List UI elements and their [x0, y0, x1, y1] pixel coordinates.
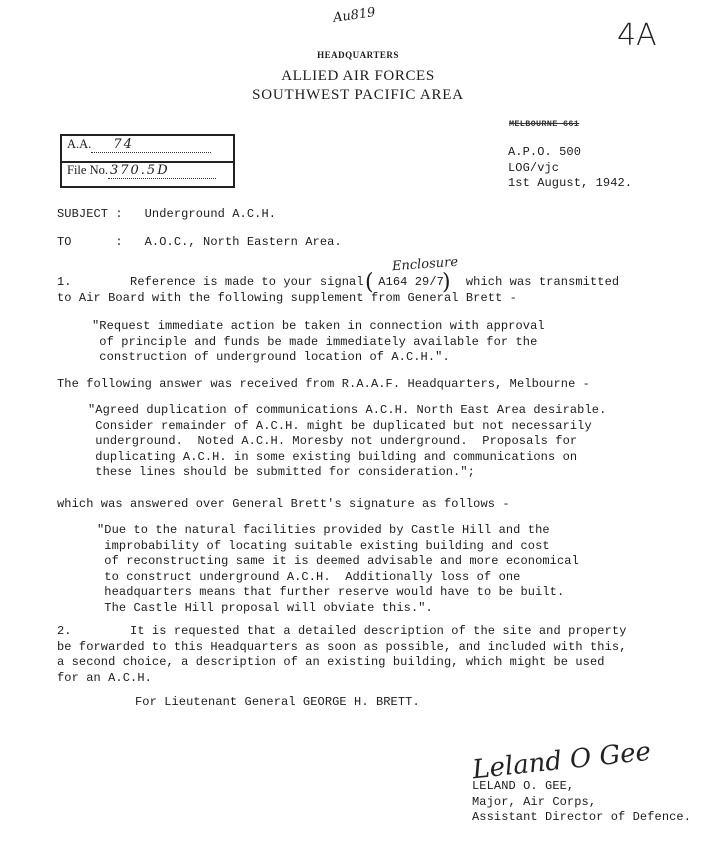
- aa-value: 74: [113, 137, 134, 152]
- struck-location: MELBOURNE 661: [509, 119, 579, 129]
- aa-label: A.A.: [67, 137, 91, 151]
- handwritten-reference-number: Au819: [332, 5, 376, 26]
- handwritten-signature: Leland O Gee: [471, 737, 652, 786]
- file-number-row: File No.370.5D: [62, 163, 233, 187]
- letterhead-headquarters: HEADQUARTERS: [0, 50, 716, 60]
- paragraph-1: 1. Reference is made to your signal A164…: [57, 275, 619, 306]
- to-label: TO :: [57, 235, 145, 249]
- subject-line: SUBJECT : Underground A.C.H.: [57, 207, 276, 223]
- handwritten-bracket-left: (: [365, 270, 374, 295]
- letterhead-organization: ALLIED AIR FORCES: [0, 68, 716, 85]
- quote-general-brett-supplement: "Request immediate action be taken in co…: [92, 319, 545, 366]
- raaf-answer-intro: The following answer was received from R…: [57, 377, 590, 393]
- aa-number-row: A.A.74: [62, 137, 233, 163]
- handwritten-page-marker: 4A: [617, 18, 657, 53]
- file-number-label: File No.: [67, 163, 108, 177]
- postal-reference-and-date: A.P.O. 500 LOG/vjc 1st August, 1942.: [508, 145, 632, 192]
- letterhead-area: SOUTHWEST PACIFIC AREA: [0, 87, 716, 104]
- quote-brett-reply: "Due to the natural facilities provided …: [97, 523, 579, 617]
- handwritten-bracket-right: ): [442, 270, 451, 295]
- recipient-line: TO : A.O.C., North Eastern Area.: [57, 235, 342, 251]
- on-behalf-of-line: For Lieutenant General GEORGE H. BRETT.: [135, 695, 420, 711]
- to-value: A.O.C., North Eastern Area.: [145, 235, 342, 249]
- aa-value-field: 74: [91, 137, 211, 153]
- file-reference-box: A.A.74 File No.370.5D: [60, 134, 235, 188]
- quote-raaf-answer: "Agreed duplication of communications A.…: [88, 403, 606, 481]
- reply-intro: which was answered over General Brett's …: [57, 497, 510, 513]
- subject-label: SUBJECT :: [57, 207, 145, 221]
- file-number-value: 370.5D: [110, 163, 170, 178]
- signature-block: LELAND O. GEE, Major, Air Corps, Assista…: [472, 779, 691, 826]
- subject-value: Underground A.C.H.: [145, 207, 276, 221]
- paragraph-2: 2. It is requested that a detailed descr…: [57, 624, 627, 686]
- file-number-field: 370.5D: [108, 163, 216, 179]
